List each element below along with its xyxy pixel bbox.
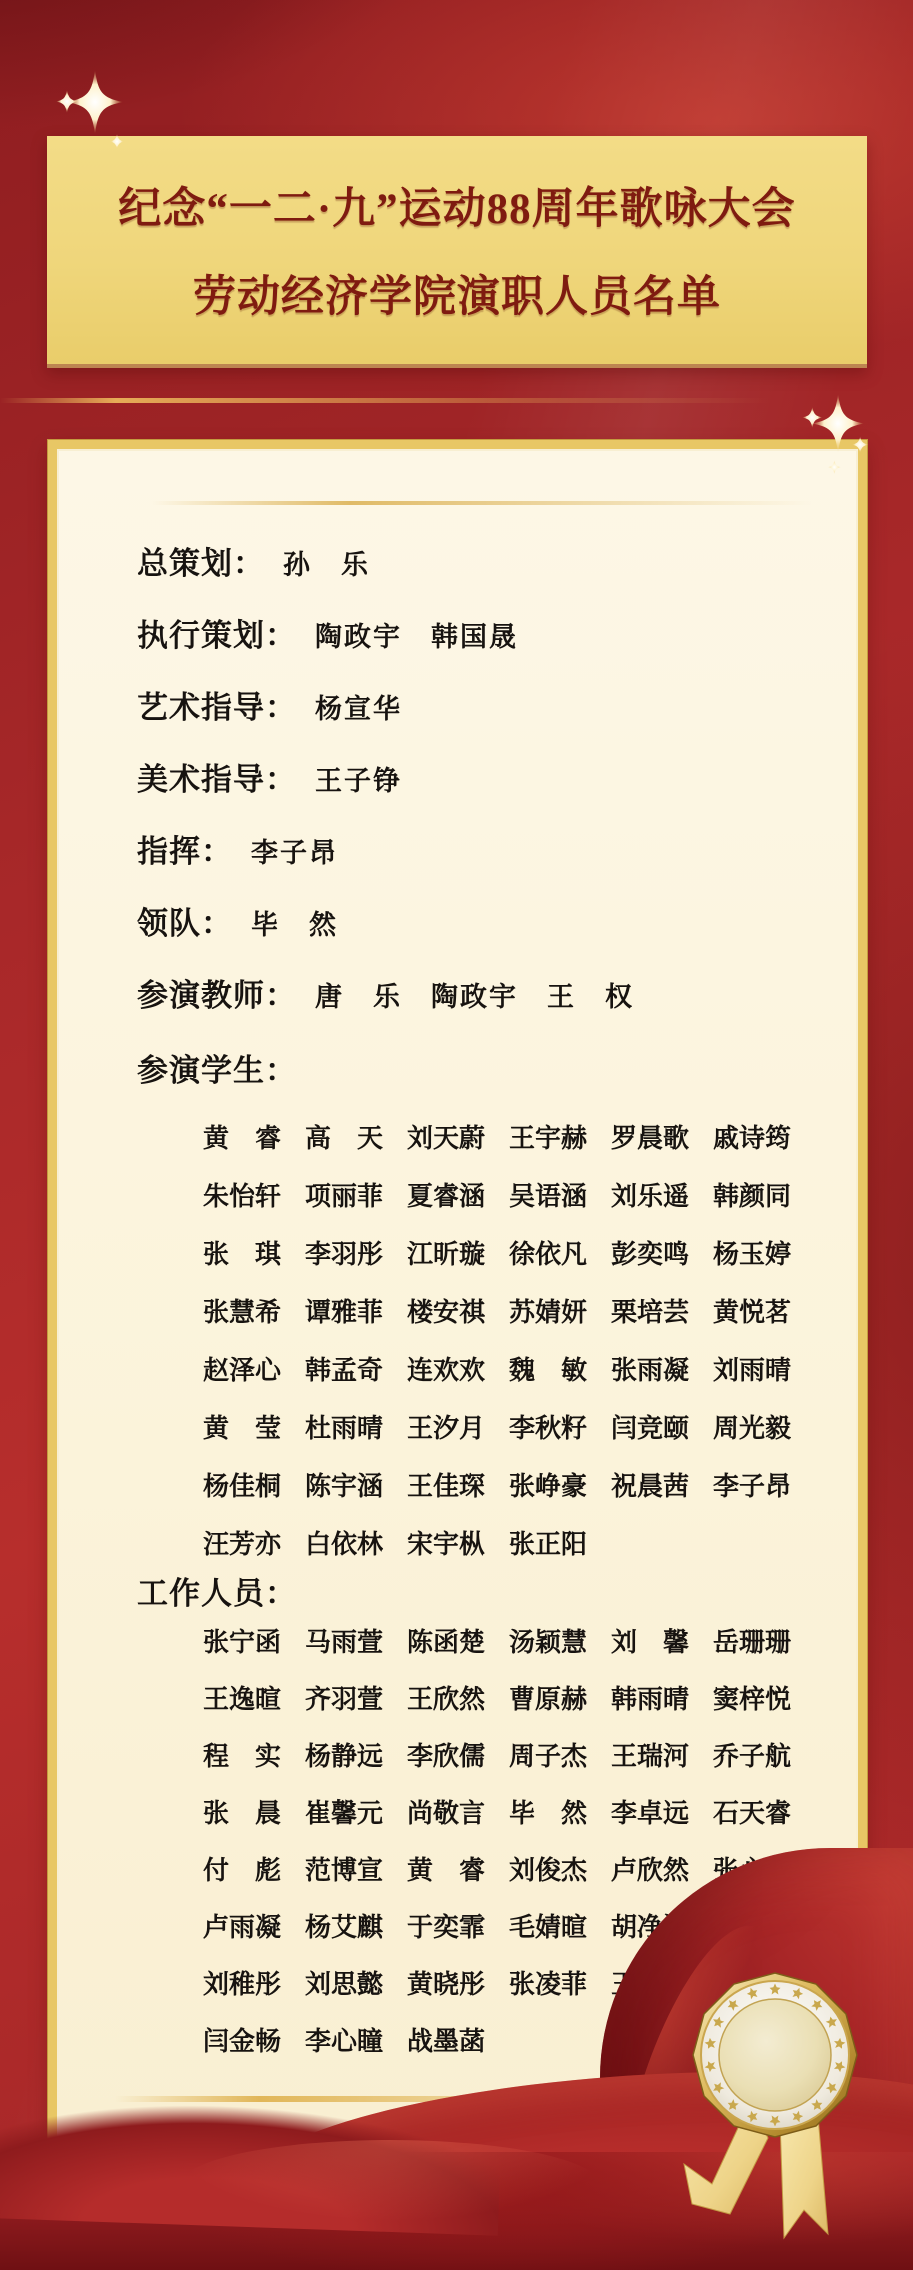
credit-names: 唐 乐 陶政宇 王 权 [315,982,634,1012]
participant-name: 韩雨晴 [611,1671,691,1728]
participant-name: 陈函楚 [407,1614,487,1671]
participant-name: 毛婧暄 [509,1899,589,1956]
credit-row: 参演教师：唐 乐 陶政宇 王 权 [57,960,858,1032]
credit-row: 艺术指导：杨宣华 [57,672,858,744]
credit-label: 美术指导： [137,762,297,797]
gold-medal-icon [672,1952,878,2270]
students-name-grid: 黄 睿高 天刘天蔚王宇赫罗晨歌戚诗筠朱怡轩项丽菲夏睿涵吴语涵刘乐遥韩颜同张 琪李… [57,1110,858,1574]
participant-name: 杜雨晴 [305,1400,385,1458]
participant-name: 王逸暄 [203,1671,283,1728]
participant-name: 胡净涵 [611,1899,691,1956]
participant-name: 石天睿 [713,1785,793,1842]
participant-name: 乔子航 [713,1728,793,1785]
gold-streak-decoration [0,398,770,403]
name-row: 王逸暄齐羽萱王欣然曹原赫韩雨晴窦梓悦 [57,1671,858,1728]
participant-name: 刘天蔚 [407,1110,487,1168]
participant-name: 尚敬言 [407,1785,487,1842]
participant-name: 徐依凡 [509,1226,589,1284]
credit-label: 艺术指导： [137,690,297,725]
participant-name: 周子杰 [509,1728,589,1785]
poster-title-line2: 劳动经济学院演职人员名单 [47,254,867,342]
title-banner: 纪念“一二·九”运动88周年歌咏大会 劳动经济学院演职人员名单 [47,136,867,368]
participant-name: 卢欣然 [611,1842,691,1899]
credit-label: 领队： [137,906,233,941]
participant-name: 祝晨茜 [611,1458,691,1516]
credit-label: 执行策划： [137,618,297,653]
participant-name: 范博宣 [305,1842,385,1899]
participant-name: 杨佳桐 [203,1458,283,1516]
credit-row: 指挥：李子昂 [57,816,858,888]
participant-name: 张峥豪 [509,1458,589,1516]
participant-name: 张雨凝 [611,1342,691,1400]
participant-name: 程 实 [203,1728,283,1785]
participant-name: 项丽菲 [305,1168,385,1226]
participant-name: 岳珊珊 [713,1614,793,1671]
participant-name: 张正阳 [509,1516,589,1574]
participant-name: 刘雨晴 [713,1342,793,1400]
name-row: 程 实杨静远李欣儒周子杰王瑞河乔子航 [57,1728,858,1785]
participant-name: 王宇赫 [509,1110,589,1168]
participant-name: 苏婧妍 [509,1284,589,1342]
name-row: 黄 莹杜雨晴王汐月李秋籽闫竞颐周光毅 [57,1400,858,1458]
participant-name: 王瑞河 [611,1728,691,1785]
participant-name: 张宁函 [203,1614,283,1671]
roster-content: 总策划：孙 乐执行策划：陶政宇 韩国晟艺术指导：杨宣华美术指导：王子铮指挥：李子… [57,449,858,2070]
participant-name: 李子昂 [713,1458,793,1516]
participant-name: 刘稚彤 [203,1956,283,2013]
participant-name: 黄 莹 [203,1400,283,1458]
participant-name: 刘乐遥 [611,1168,691,1226]
participant-name: 黄晓彤 [407,1956,487,2013]
name-row: 黄 睿高 天刘天蔚王宇赫罗晨歌戚诗筠 [57,1110,858,1168]
participant-name: 张 琪 [203,1226,283,1284]
credit-names: 毕 然 [251,910,338,940]
participant-name: 江昕璇 [407,1226,487,1284]
poster: 纪念“一二·九”运动88周年歌咏大会 劳动经济学院演职人员名单 总策划：孙 乐执… [0,0,913,2270]
participant-name: 杨玉婷 [713,1226,793,1284]
participant-name: 刘俊杰 [509,1842,589,1899]
participant-name: 周光毅 [713,1400,793,1458]
participant-name: 闫金畅 [203,2013,283,2070]
participant-name: 黄 睿 [203,1110,283,1168]
roster-panel: 总策划：孙 乐执行策划：陶政宇 韩国晟艺术指导：杨宣华美术指导：王子铮指挥：李子… [48,440,867,2152]
participant-name: 魏 敏 [509,1342,589,1400]
credit-label: 参演教师： [137,978,297,1013]
participant-name: 楼安祺 [407,1284,487,1342]
participant-name: 付 彪 [203,1842,283,1899]
credit-row: 领队：毕 然 [57,888,858,960]
credit-names: 杨宣华 [315,694,402,724]
participant-name: 韩孟奇 [305,1342,385,1400]
credit-names: 孙 乐 [283,550,370,580]
poster-title-line1: 纪念“一二·九”运动88周年歌咏大会 [47,166,867,254]
participant-name: 王佳琛 [407,1458,487,1516]
name-row: 张宁函马雨萱陈函楚汤颖慧刘 馨岳珊珊 [57,1614,858,1671]
participant-name: 李心瞳 [305,2013,385,2070]
participant-name: 罗晨歌 [611,1110,691,1168]
participant-name: 赵泽心 [203,1342,283,1400]
name-row: 付 彪范博宣黄 睿刘俊杰卢欣然张心怡 [57,1842,858,1899]
participant-name: 朱怡轩 [203,1168,283,1226]
participant-name: 战墨菡 [407,2013,487,2070]
name-row: 朱怡轩项丽菲夏睿涵吴语涵刘乐遥韩颜同 [57,1168,858,1226]
credit-names: 王子铮 [315,766,402,796]
name-row: 卢雨凝杨艾麒于奕霏毛婧暄胡净涵刘怡彤 [57,1899,858,1956]
participant-name: 刘 馨 [611,1614,691,1671]
participant-name: 张 晨 [203,1785,283,1842]
participant-name: 卢雨凝 [203,1899,283,1956]
participant-name: 张心怡 [713,1842,793,1899]
credits-list: 总策划：孙 乐执行策划：陶政宇 韩国晟艺术指导：杨宣华美术指导：王子铮指挥：李子… [57,528,858,1032]
name-row: 杨佳桐陈宇涵王佳琛张峥豪祝晨茜李子昂 [57,1458,858,1516]
credit-row: 美术指导：王子铮 [57,744,858,816]
participant-name: 李欣儒 [407,1728,487,1785]
participant-name: 张慧希 [203,1284,283,1342]
participant-name: 闫竞颐 [611,1400,691,1458]
participant-name: 崔馨元 [305,1785,385,1842]
participant-name: 谭雅菲 [305,1284,385,1342]
credit-row: 执行策划：陶政宇 韩国晟 [57,600,858,672]
participant-name: 齐羽萱 [305,1671,385,1728]
participant-name: 黄 睿 [407,1842,487,1899]
section-label-staff: 工作人员： [57,1574,858,1614]
participant-name: 戚诗筠 [713,1110,793,1168]
participant-name: 汤颖慧 [509,1614,589,1671]
sparkle-icon [795,383,883,475]
participant-name: 李秋籽 [509,1400,589,1458]
credit-row: 总策划：孙 乐 [57,528,858,600]
participant-name: 王欣然 [407,1671,487,1728]
participant-name: 夏睿涵 [407,1168,487,1226]
participant-name: 李羽彤 [305,1226,385,1284]
participant-name: 栗培芸 [611,1284,691,1342]
name-row: 张 晨崔馨元尚敬言毕 然李卓远石天睿 [57,1785,858,1842]
participant-name: 刘思懿 [305,1956,385,2013]
participant-name: 宋宇枞 [407,1516,487,1574]
name-row: 赵泽心韩孟奇连欢欢魏 敏张雨凝刘雨晴 [57,1342,858,1400]
participant-name: 吴语涵 [509,1168,589,1226]
participant-name: 王汐月 [407,1400,487,1458]
name-row: 张 琪李羽彤江昕璇徐依凡彭奕鸣杨玉婷 [57,1226,858,1284]
participant-name: 杨静远 [305,1728,385,1785]
participant-name: 连欢欢 [407,1342,487,1400]
participant-name: 张凌菲 [509,1956,589,2013]
name-row: 汪芳亦白依林宋宇枞张正阳 [57,1516,858,1574]
credit-label: 指挥： [137,834,233,869]
participant-name: 毕 然 [509,1785,589,1842]
section-label-students: 参演学生： [57,1032,858,1110]
name-row: 张慧希谭雅菲楼安祺苏婧妍栗培芸黄悦茗 [57,1284,858,1342]
participant-name: 白依林 [305,1516,385,1574]
participant-name: 彭奕鸣 [611,1226,691,1284]
participant-name: 高 天 [305,1110,385,1168]
participant-name: 马雨萱 [305,1614,385,1671]
participant-name: 窦梓悦 [713,1671,793,1728]
gold-streak-decoration [114,2096,694,2102]
credit-label: 总策划： [137,546,265,581]
sparkle-icon [55,62,145,162]
participant-name: 于奕霏 [407,1899,487,1956]
participant-name: 韩颜同 [713,1168,793,1226]
participant-name: 黄悦茗 [713,1284,793,1342]
participant-name: 刘怡彤 [713,1899,793,1956]
participant-name: 陈宇涵 [305,1458,385,1516]
credit-names: 李子昂 [251,838,338,868]
participant-name: 曹原赫 [509,1671,589,1728]
participant-name: 杨艾麒 [305,1899,385,1956]
participant-name: 汪芳亦 [203,1516,283,1574]
participant-name: 李卓远 [611,1785,691,1842]
credit-names: 陶政宇 韩国晟 [315,622,518,652]
